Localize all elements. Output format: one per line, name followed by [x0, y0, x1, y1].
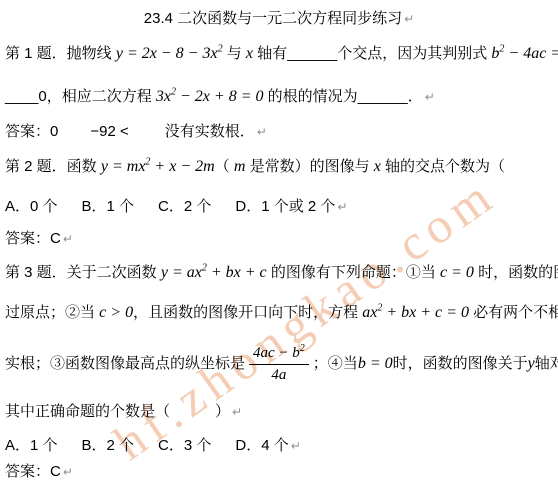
paragraph-return-icon: ↵	[337, 200, 347, 214]
q3-line3: 实根；③函数图像最高点的纵坐标是 4ac − b24a；④当 b = 0 时，函…	[5, 336, 556, 392]
answer-value: C	[50, 463, 61, 480]
formula-quadratic-eq-0: ax2 + bx + c = 0	[362, 304, 469, 321]
q3-stem-text: 第 3 题．关于二次函数	[5, 264, 161, 281]
answer-value-3: 没有实数根．	[165, 123, 255, 140]
q3-text: 过原点；②当	[5, 304, 99, 321]
q2-stem-text: 第 2 题．函数	[5, 158, 101, 175]
option-b: B．1 个	[82, 197, 135, 217]
fraction-denominator: 4a	[271, 365, 286, 385]
q2-answer-line: 答案：C↵	[5, 229, 556, 249]
answer-value-2: −92 <	[90, 123, 128, 140]
q1-line2: ____0，相应二次方程 3x2 − 2x + 8 = 0 的根的情况为____…	[5, 87, 556, 107]
formula-b-eq-0: b = 0	[358, 354, 393, 374]
q3-text: 其中正确命题的个数是（ ）	[5, 403, 230, 420]
formula-c-eq-0: c = 0	[440, 264, 474, 281]
q3-text: 必有两个不相等的	[469, 304, 558, 321]
var-m: m	[234, 158, 246, 175]
paragraph-return-icon: ↵	[404, 12, 414, 26]
q2-text: 是常数）的图像与	[245, 158, 373, 175]
option-b: B．2 个	[82, 436, 135, 456]
paragraph-return-icon: ↵	[291, 439, 301, 453]
q3-answer-line: 答案：C↵	[5, 462, 556, 482]
q3-text: 时，函数的图像经	[474, 264, 558, 281]
q3-text: 轴对称．	[535, 354, 558, 374]
q3-line2: 过原点；②当 c > 0，且函数的图像开口向下时，方程 ax2 + bx + c…	[5, 303, 556, 323]
option-d: D．1 个或 2 个	[235, 198, 335, 215]
answer-label: 答案：	[5, 463, 50, 480]
q2-options-line: A．0 个B．1 个C．2 个D．1 个或 2 个↵	[5, 197, 556, 217]
option-a: A．1 个	[5, 436, 58, 456]
formula-general-quadratic: y = ax2 + bx + c	[161, 264, 267, 281]
q3-text: ；④当	[313, 354, 358, 374]
q1-text: 个交点，因为其判别式	[337, 45, 491, 62]
paragraph-return-icon: ↵	[232, 405, 242, 419]
q3-options-line: A．1 个B．2 个C．3 个D．4 个↵	[5, 436, 556, 456]
var-x: x	[246, 45, 253, 62]
q2-stem-line: 第 2 题．函数 y = mx2 + x − 2m（ m 是常数）的图像与 x …	[5, 157, 556, 177]
var-x: x	[374, 158, 381, 175]
title-text: 23.4 二次函数与一元二次方程同步练习	[144, 10, 402, 27]
fraction-numerator: 4ac − b2	[249, 344, 309, 365]
q1-text: 轴有	[253, 45, 287, 62]
paragraph-return-icon: ↵	[63, 465, 73, 479]
q1-text: 与	[223, 45, 246, 62]
paragraph-return-icon: ↵	[63, 232, 73, 246]
q2-text: （	[215, 158, 234, 175]
option-d: D．4 个	[235, 437, 288, 454]
q2-text: 轴的交点个数为（ ）	[381, 158, 558, 175]
q3-text: 实根；③函数图像最高点的纵坐标是	[5, 354, 245, 374]
q3-line1: 第 3 题．关于二次函数 y = ax2 + bx + c 的图像有下列命题：①…	[5, 263, 556, 283]
fill-blank: ______	[287, 45, 337, 62]
var-y: y	[528, 354, 535, 374]
formula-quadratic-eq: 3x2 − 2x + 8 = 0	[156, 88, 264, 105]
q1-line1: 第 1 题．抛物线 y = 2x − 8 − 3x2 与 x 轴有______个…	[5, 44, 556, 64]
option-c: C．2 个	[158, 197, 211, 217]
page-title: 23.4 二次函数与一元二次方程同步练习↵	[0, 9, 558, 29]
answer-label: 答案：	[5, 230, 50, 247]
option-c: C．3 个	[158, 436, 211, 456]
paragraph-return-icon: ↵	[425, 90, 435, 104]
q1-text: ．	[408, 88, 423, 105]
fill-blank: ______	[358, 88, 408, 105]
answer-value: C	[50, 230, 61, 247]
q3-text: 的图像有下列命题：①当	[267, 264, 440, 281]
fill-blank: ____	[5, 88, 38, 105]
q1-answer-line: 答案：0−92 <没有实数根．↵	[5, 122, 556, 142]
q3-text: ，且函数的图像开口向下时，方程	[133, 304, 362, 321]
worksheet-page: hf.zhongkao.com 23.4 二次函数与一元二次方程同步练习↵ 第 …	[0, 0, 558, 489]
fraction-4ac-minus-b2-over-4a: 4ac − b24a	[249, 344, 309, 385]
formula-c-gt-0: c > 0	[99, 304, 133, 321]
q1-text: 的根的情况为	[264, 88, 358, 105]
formula-parabola: y = 2x − 8 − 3x2	[116, 45, 223, 62]
option-a: A．0 个	[5, 197, 58, 217]
answer-label: 答案：	[5, 123, 50, 140]
q1-text: 0，相应二次方程	[38, 88, 156, 105]
q1-stem-text: 第 1 题．抛物线	[5, 45, 116, 62]
formula-discriminant: b2 − 4ac =	[491, 45, 558, 62]
q3-line4: 其中正确命题的个数是（ ）↵	[5, 402, 556, 422]
answer-value-1: 0	[50, 123, 58, 140]
formula-q2-function: y = mx2 + x − 2m	[101, 158, 215, 175]
q3-text: 时，函数的图像关于	[393, 354, 528, 374]
paragraph-return-icon: ↵	[257, 125, 267, 139]
